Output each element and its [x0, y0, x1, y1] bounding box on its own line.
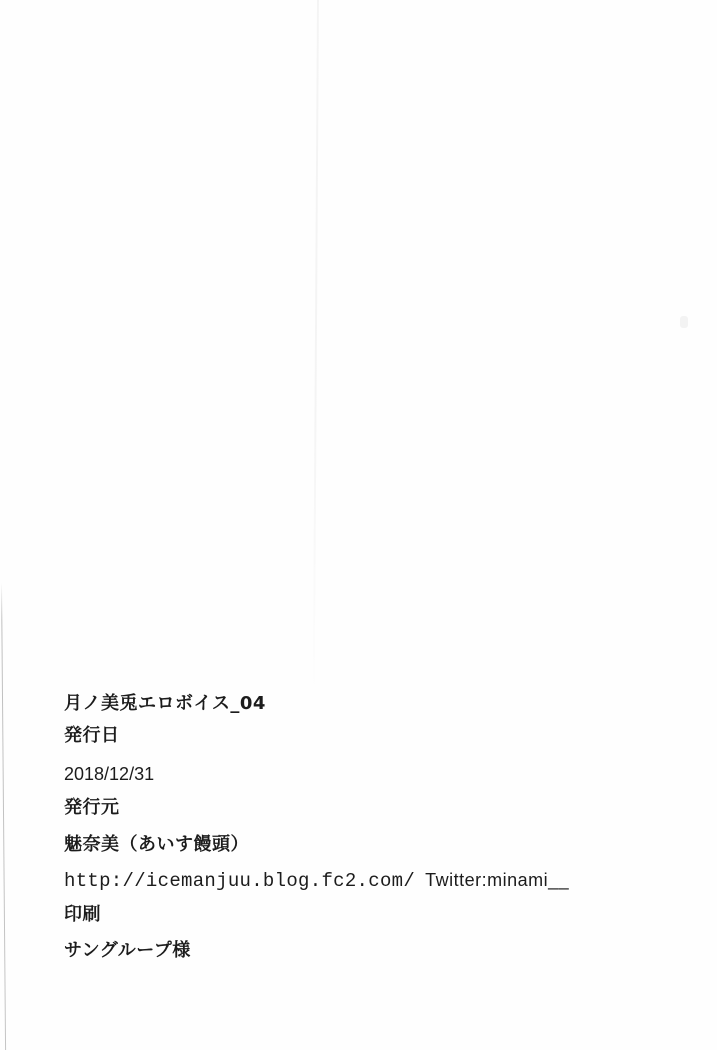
blog-url: http://icemanjuu.blog.fc2.com/ — [64, 870, 415, 892]
paper-fold-line — [313, 0, 319, 700]
publisher-label: 発行元 — [64, 796, 120, 820]
scan-edge-line — [1, 583, 6, 1050]
issue-date: 2018/12/31 — [64, 762, 154, 786]
book-title: 月ノ美兎エロボイス_04 — [64, 692, 266, 716]
contact-line: http://icemanjuu.blog.fc2.com/Twitter:mi… — [64, 868, 569, 893]
printer-name: サングループ様 — [64, 939, 191, 963]
scan-speck — [680, 316, 688, 328]
publisher-name: 魅奈美（あいす饅頭） — [64, 833, 249, 857]
printer-label: 印刷 — [64, 903, 101, 927]
scanned-page: 月ノ美兎エロボイス_04 発行日 2018/12/31 発行元 魅奈美（あいす饅… — [0, 0, 717, 1050]
issue-date-label: 発行日 — [64, 724, 120, 748]
twitter-handle: Twitter:minami__ — [425, 870, 569, 890]
